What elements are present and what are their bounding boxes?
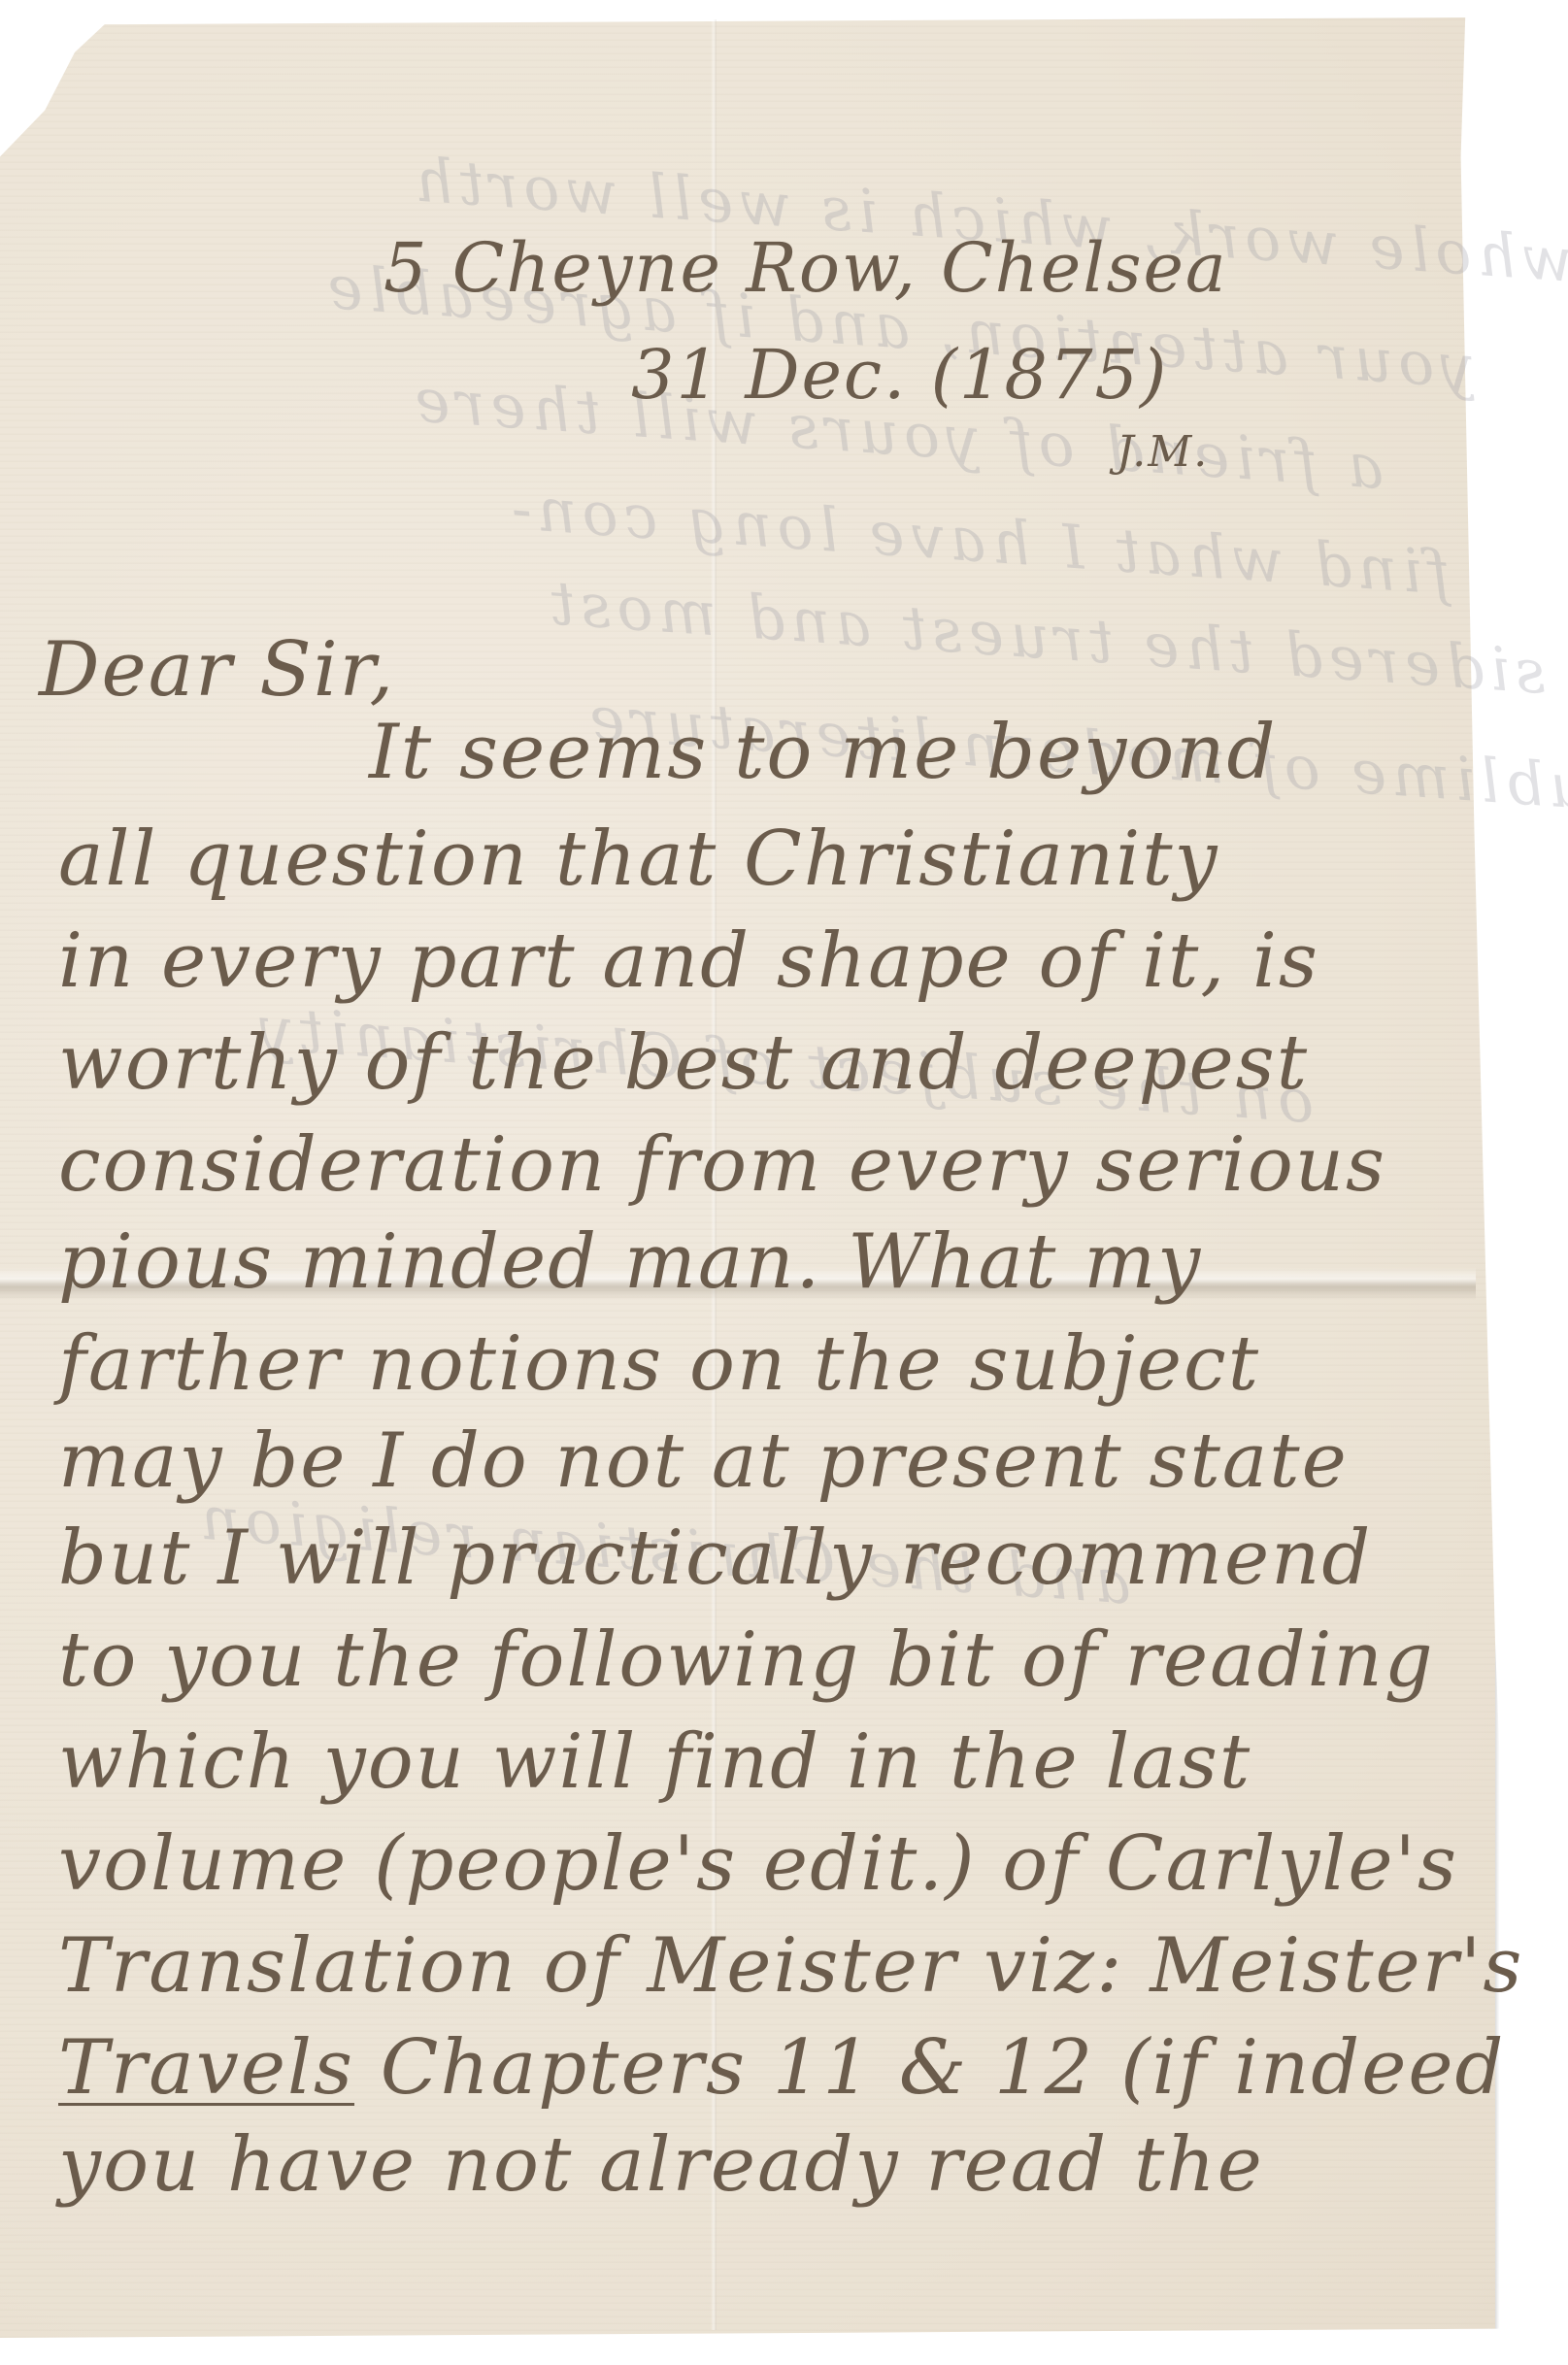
letter-body-line: pious minded man. What my [58,1218,1202,1306]
letter-body-line: may be I do not at present state [58,1417,1349,1505]
letter-body-line: consideration from every serious [58,1121,1386,1209]
underlined-word-travels: Travels [58,2024,354,2112]
letter-body-line: in every part and shape of it, is [58,917,1319,1005]
letter-date: 31 Dec. (1875) [631,335,1168,415]
letter-body-line: which you will find in the last [58,1718,1251,1806]
letter-body-line: you have not already read the [58,2121,1264,2209]
letter-body-line: farther notions on the subject [58,1320,1260,1408]
letter-body-line: but I will practically recommend [58,1515,1372,1602]
letter-body-line: volume (people's edit.) of Carlyle's [58,1820,1458,1908]
letter-body-line: Translation of Meister viz: Meister's [58,1922,1523,2010]
letter-body-line-travels: Travels Chapters 11 & 12 (if indeed [58,2024,1506,2112]
letter-annotation: J.M. [1117,427,1209,477]
letter-address: 5 Cheyne Row, Chelsea [384,228,1228,308]
letter-body-line: worthy of the best and deepest [58,1019,1309,1107]
letter-body-line: to you the following bit of reading [58,1616,1435,1704]
letter-body-line-rest: Chapters 11 & 12 (if indeed [354,2024,1505,2112]
letter-body-line: It seems to me beyond [369,709,1277,796]
letter-salutation: Dear Sir, [39,626,395,714]
letter-body-line: all question that Christianity [58,816,1219,903]
